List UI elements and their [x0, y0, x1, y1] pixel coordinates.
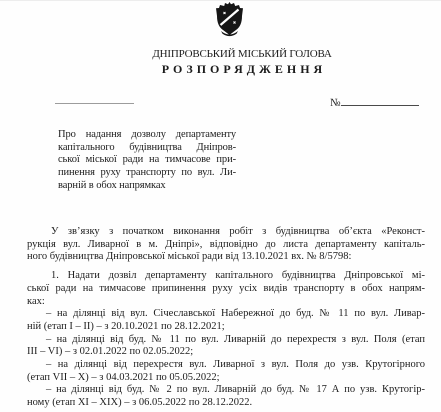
text-line: рукція вул. Ливарної в м. Дніпрі», відпо… — [27, 239, 425, 252]
date-blank-line — [55, 103, 134, 104]
text-line: – на ділянці від буд. № 2 по вул. Ливарн… — [27, 384, 425, 397]
text-line: ній (етап I – II) – з 20.10.2021 по 28.1… — [27, 321, 425, 334]
road-section-item: – на ділянці від буд. № 11 по вул. Ливар… — [27, 334, 425, 359]
road-section-item: – на ділянці від вул. Січеславської Набе… — [27, 308, 425, 333]
intro-paragraph: У зв’язку з початком виконання робіт з б… — [27, 226, 425, 264]
subject-paragraph: Про надання дозволу департаменту капітал… — [58, 129, 236, 193]
text-line: ному (етап XI – XIX) – з 06.05.2022 по 2… — [27, 397, 425, 410]
text-line: – на ділянці від буд. № 11 по вул. Ливар… — [27, 334, 425, 347]
text-line: ного будівництва Дніпровської міської ра… — [27, 251, 425, 264]
document-body: У зв’язку з початком виконання робіт з б… — [27, 226, 425, 410]
subject-line: капітального будівництва Дніпров- — [58, 142, 236, 155]
number-sign: № — [330, 97, 341, 109]
road-section-item: – на ділянці від перехрестя вул. Ливарно… — [27, 359, 425, 384]
subject-line: ської міської ради на тимчасове при- — [58, 154, 236, 167]
subject-line: Про надання дозволу департаменту — [58, 129, 236, 142]
text-line: – на ділянці від перехрестя вул. Ливарно… — [27, 359, 425, 372]
organization-title: ДНІПРОВСЬКИЙ МІСЬКИЙ ГОЛОВА — [122, 48, 362, 60]
text-line: – на ділянці від вул. Січеславської Набе… — [27, 308, 425, 321]
item-1-paragraph: 1. Надати дозвіл департаменту капітально… — [27, 270, 425, 308]
shield-icon — [212, 2, 247, 38]
coat-of-arms-emblem — [212, 2, 247, 38]
text-line: ської ради на тимчасове припинення руху … — [27, 283, 425, 296]
text-line: У зв’язку з початком виконання робіт з б… — [27, 226, 425, 239]
text-line: III – VI) – з 02.01.2022 по 02.05.2022; — [27, 346, 425, 359]
number-blank-line — [341, 94, 419, 106]
road-section-item: – на ділянці від буд. № 2 по вул. Ливарн… — [27, 384, 425, 409]
text-line: 1. Надати дозвіл департаменту капітально… — [27, 270, 425, 283]
document-number-field: № — [330, 94, 419, 109]
subject-line: варній в обох напрямках — [58, 180, 236, 193]
document-page: ДНІПРОВСЬКИЙ МІСЬКИЙ ГОЛОВА РОЗПОРЯДЖЕНН… — [0, 0, 441, 412]
text-line: (етап VII – X) – з 04.03.2021 по 05.05.2… — [27, 372, 425, 385]
subject-line: пинення руху транспорту по вул. Ли- — [58, 167, 236, 180]
text-line: ках: — [27, 296, 425, 309]
document-type-title: РОЗПОРЯДЖЕННЯ — [122, 62, 366, 77]
